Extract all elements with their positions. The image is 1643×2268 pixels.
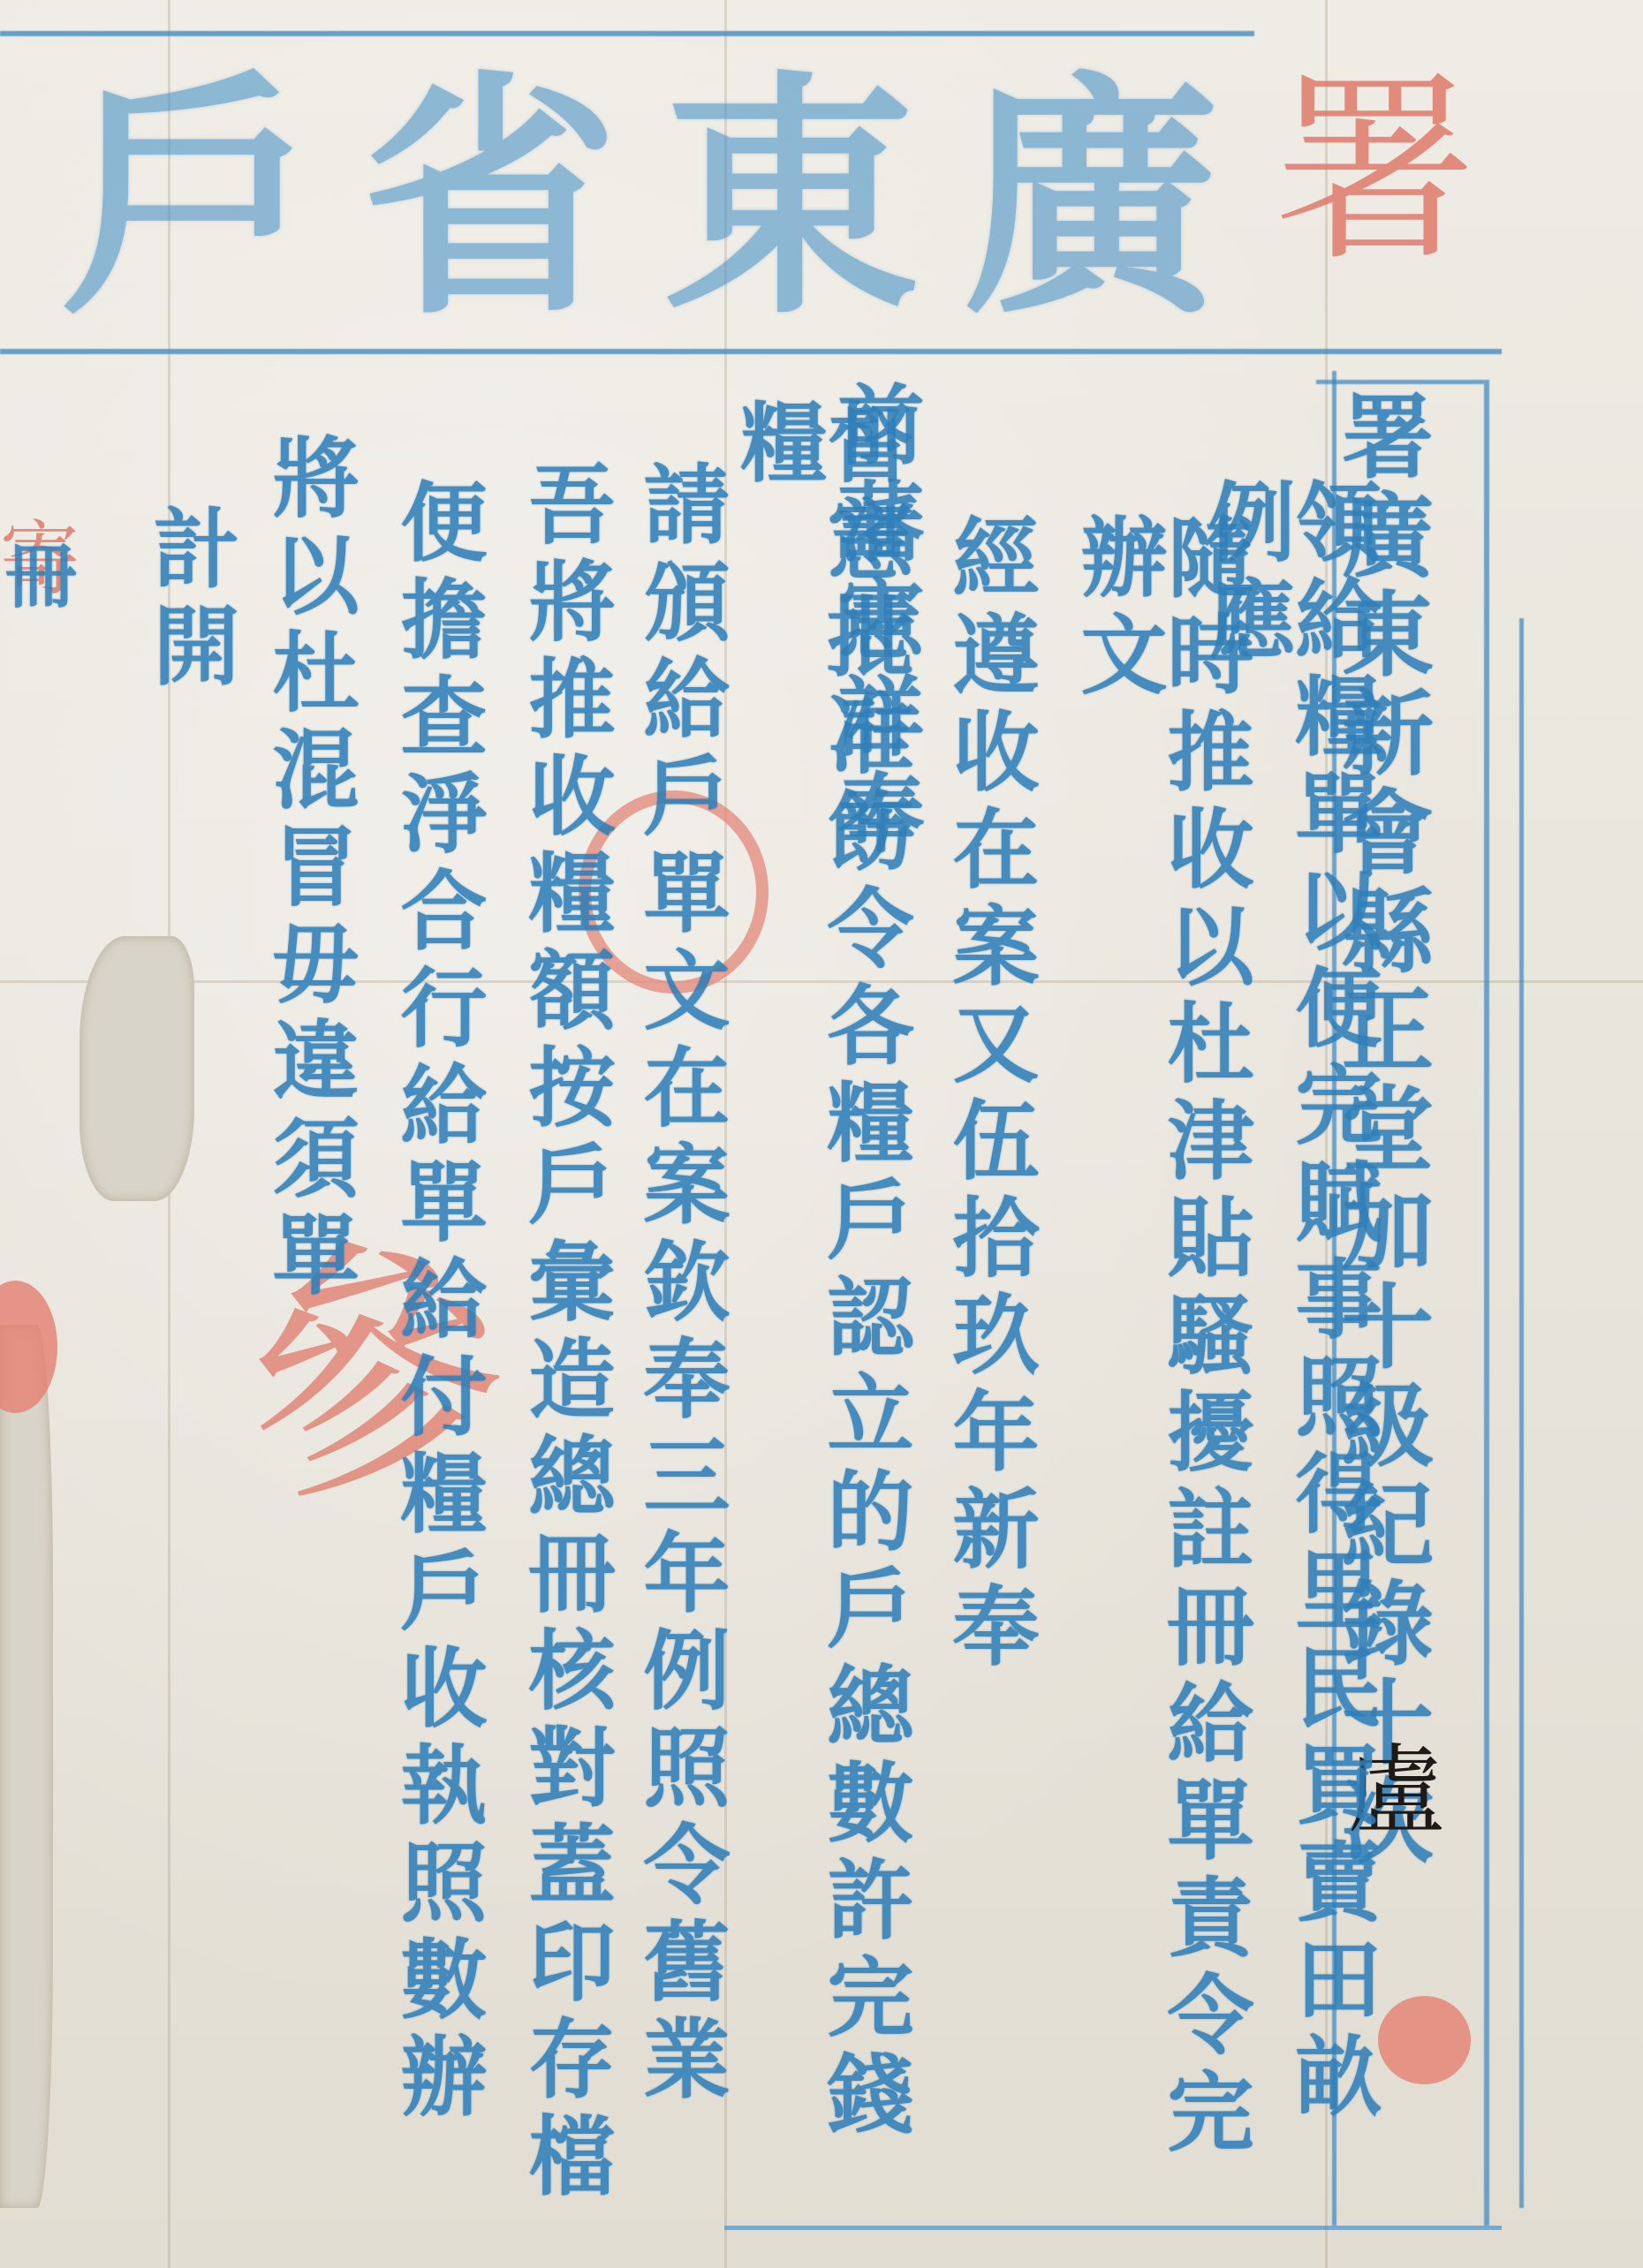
left-edge-fragment: 冊 (0, 539, 71, 645)
banner-char: 東 (662, 71, 919, 327)
banner-bottom-rule (0, 349, 1502, 354)
frame-line (1316, 380, 1484, 384)
banner-char: 省 (362, 71, 618, 327)
bottom-rule (724, 2226, 1502, 2230)
frame-line (1484, 380, 1489, 2226)
body-column-5: 督憲批准飭令各糧戶認立的戶總數許完錢糧 (733, 397, 906, 2208)
banner-char: 戶 (62, 71, 318, 327)
banner-char: 廣 (963, 71, 1219, 327)
header-banner: 廣 東 省 戶 (0, 53, 1237, 344)
body-column-2: 隨時推收以杜津貼騷擾註冊給單責令完辦文 (1073, 512, 1246, 2208)
frame-line (1519, 618, 1524, 2208)
body-column-9: 將以杜混冒毋違須單 (265, 433, 352, 1360)
body-column-3: 經遵收在案又伍拾玖年新奉 (945, 512, 1032, 1749)
red-seal-top-right: 署 (1210, 62, 1503, 265)
paper-tear (0, 1325, 53, 2208)
paper-tear (79, 936, 194, 1201)
body-column-10: 計開 (146, 503, 232, 733)
body-column-6: 請頒給戶單文在案欽奉三年例照令舊業 (636, 459, 723, 2226)
body-column-7: 吾將推收糧額按戶彙造總冊核對蓋印存檔 (521, 459, 608, 2226)
banner-top-rule (0, 31, 1254, 36)
body-column-8: 便擔查淨合行給單給付糧戶收執照數辦 (393, 477, 480, 2208)
red-seal-stamp-bottom-right (1378, 1996, 1471, 2084)
